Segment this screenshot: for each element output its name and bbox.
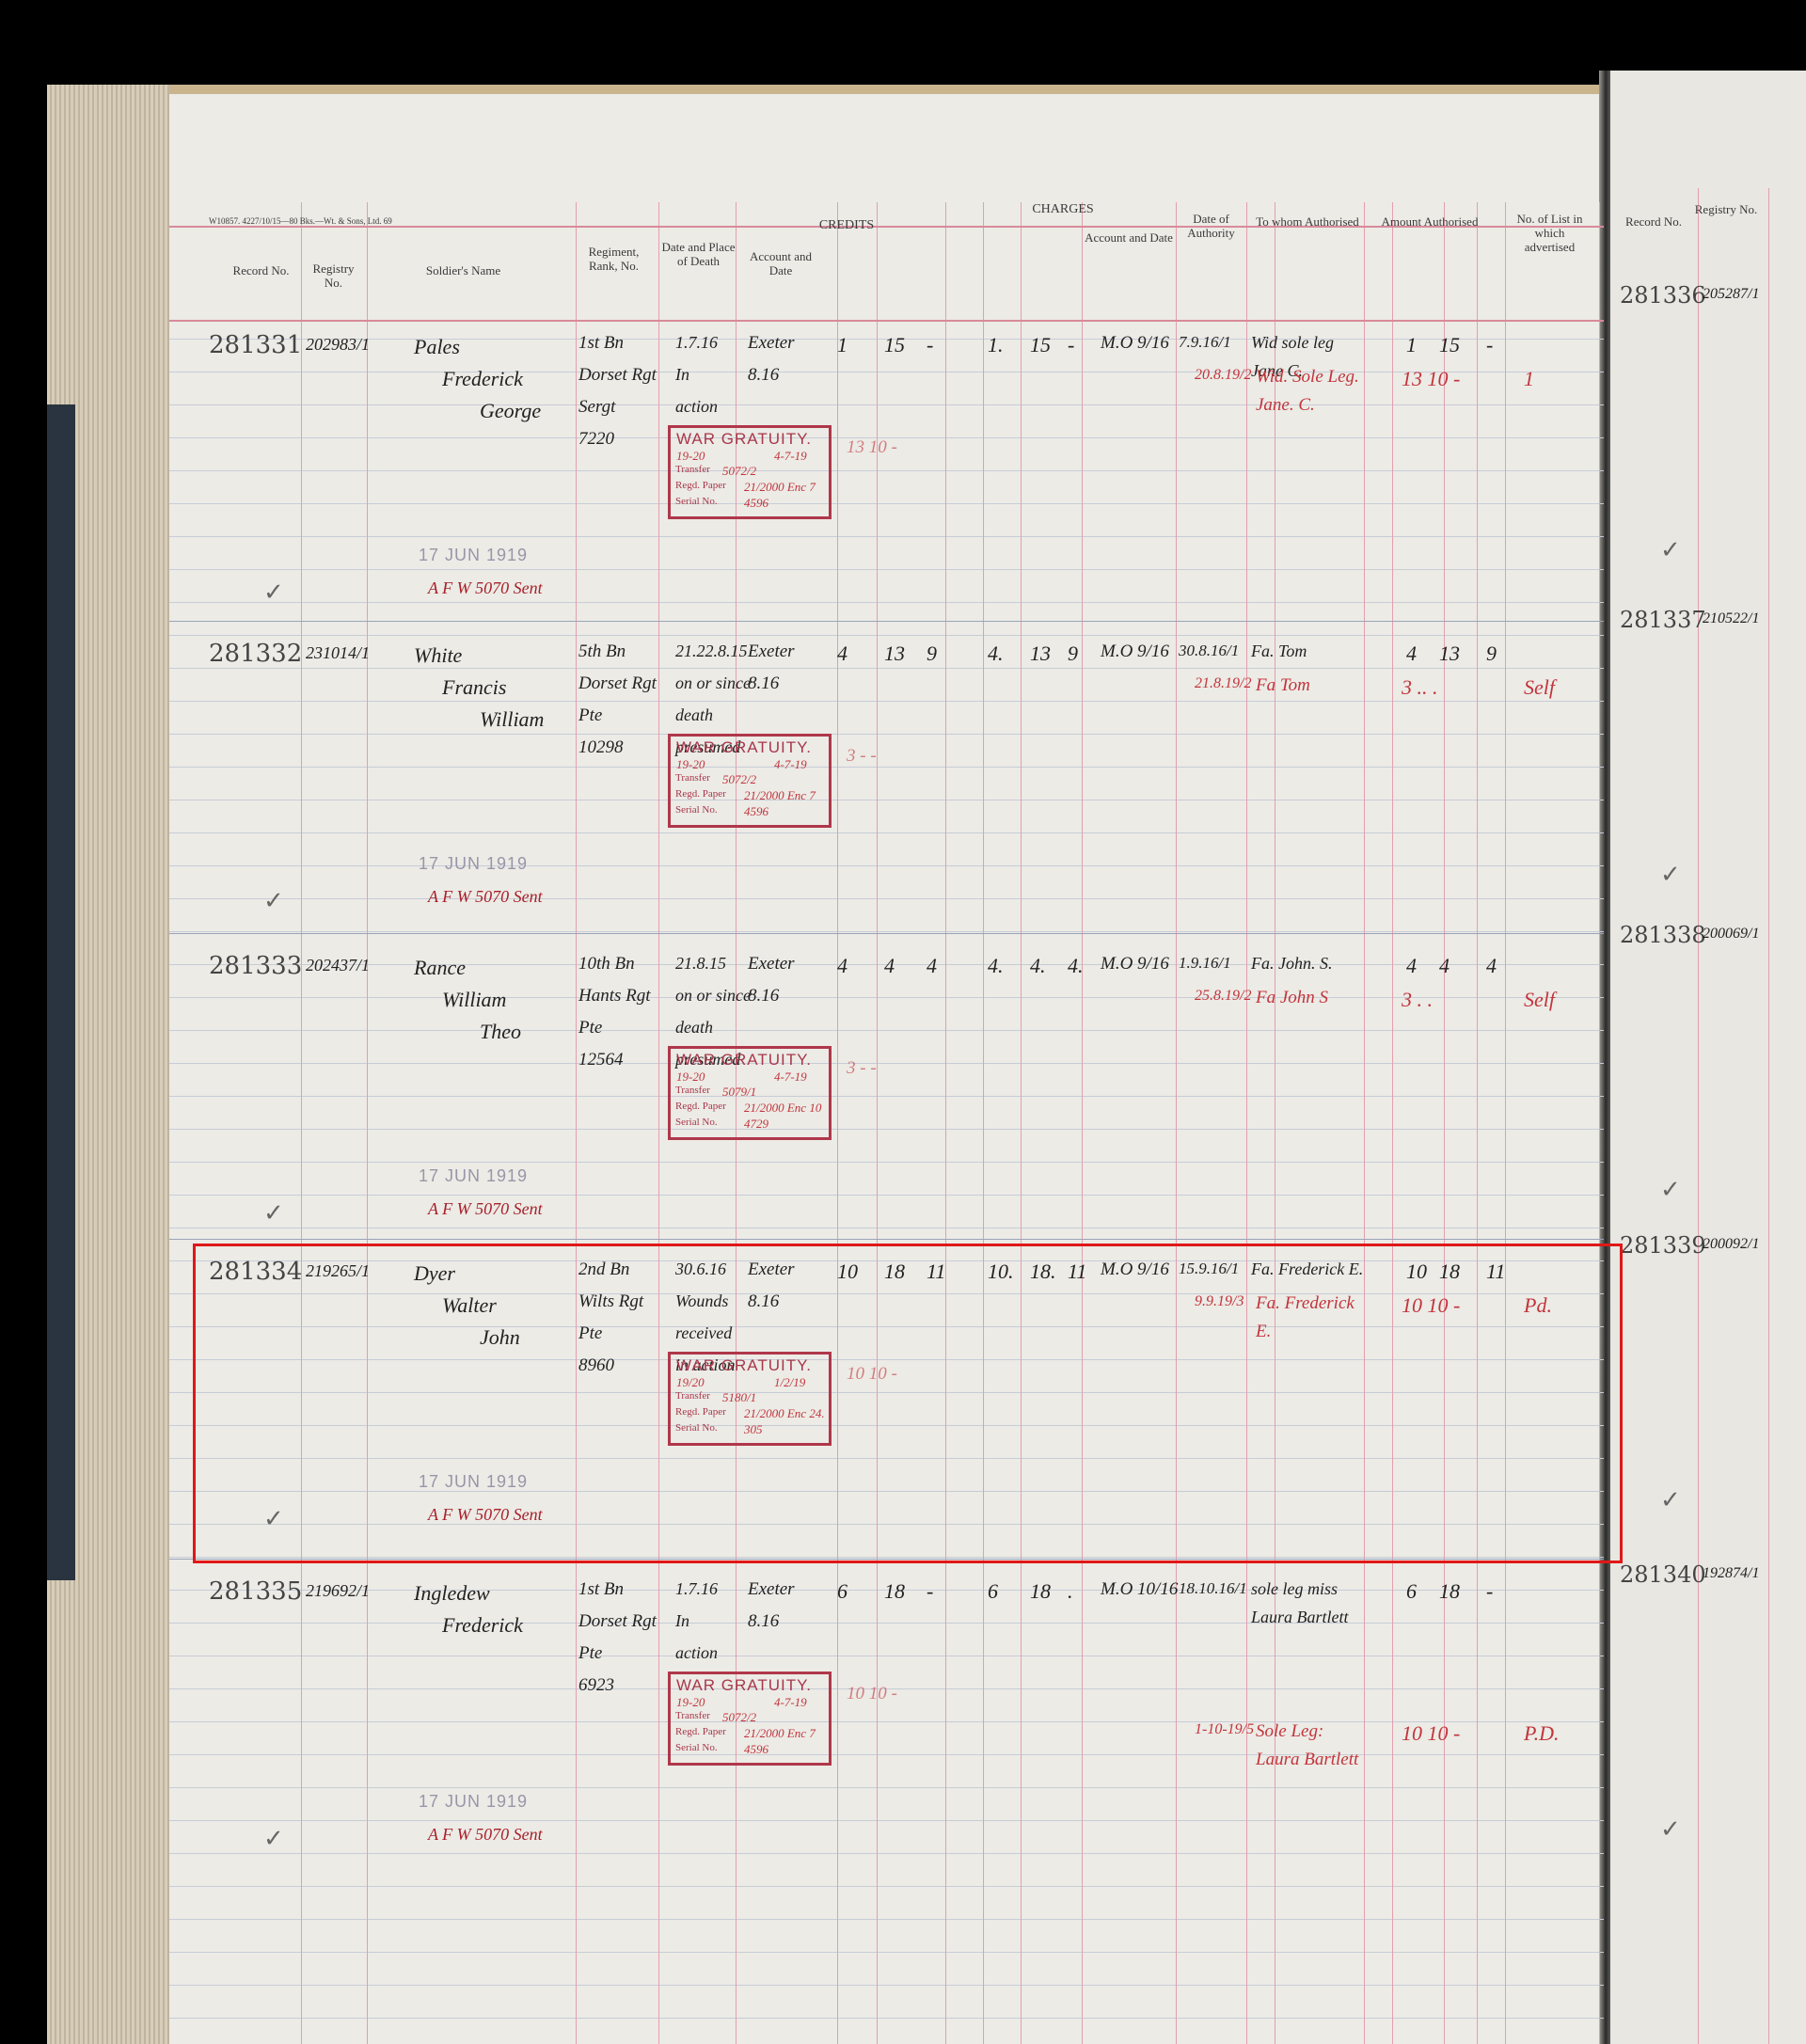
charge-pence: - (1068, 333, 1074, 357)
credit-account-line: 8.16 (748, 365, 779, 386)
ruled-line (169, 470, 1604, 471)
war-gratuity-stamp: WAR GRATUITY.TransferRegd. PaperSerial N… (668, 1672, 832, 1766)
ruled-line (169, 503, 1604, 504)
ruled-line (169, 1195, 1604, 1196)
column-rule (301, 202, 302, 2044)
facing-header-record-no: Record No. (1616, 214, 1691, 229)
credit-pounds: 6 (837, 1579, 848, 1604)
credit-account-line: Exeter (748, 1579, 795, 1600)
ruled-line (169, 1853, 1604, 1854)
ruled-line (169, 1228, 1604, 1228)
red-to-whom-line: Fa Tom (1256, 675, 1310, 696)
stamp-transfer: 5072/2 (722, 464, 756, 479)
war-gratuity-stamp: WAR GRATUITY.TransferRegd. PaperSerial N… (668, 1046, 832, 1140)
credit-account-line: Exeter (748, 333, 795, 354)
ruled-line (169, 997, 1604, 998)
ruled-line (169, 1919, 1604, 1920)
red-amount: 3 . . (1402, 988, 1433, 1012)
death-line: death (675, 705, 713, 725)
stamp-amount: 13 10 - (847, 437, 897, 458)
death-line: In (675, 365, 689, 385)
ruled-line (169, 1985, 1604, 1986)
stamp-regd-paper: 21/2000 Enc 7 (744, 788, 816, 803)
column-rule (1246, 202, 1247, 2044)
stamp-date: 4-7-19 (774, 1070, 807, 1085)
facing-header-registry-no: Registry No. (1693, 202, 1759, 216)
note-sent: A F W 5070 Sent (428, 887, 543, 907)
note-sent: A F W 5070 Sent (428, 1199, 543, 1219)
credit-account-line: 8.16 (748, 1611, 779, 1632)
charge-account: M.O 9/16 (1101, 642, 1169, 662)
ruled-line (169, 734, 1604, 735)
header-to-whom: To whom Authorised (1251, 214, 1364, 229)
stamp-regd-paper: 21/2000 Enc 10 (744, 1101, 821, 1116)
column-rule (658, 202, 659, 2044)
stamp-transfer: 5072/2 (722, 772, 756, 787)
credit-pence: - (927, 1579, 933, 1604)
regiment-line: 6923 (578, 1675, 614, 1696)
amount-pounds: 6 (1406, 1579, 1417, 1604)
to-whom-line: Fa. John. S. (1251, 954, 1332, 974)
regiment-line: 5th Bn (578, 642, 626, 662)
authority-date: 30.8.16/1 (1179, 642, 1239, 660)
red-list-entry: Self (1524, 988, 1555, 1012)
red-authority-date: 25.8.19/2 (1195, 988, 1251, 1005)
date-stamp: 17 JUN 1919 (419, 546, 528, 565)
ruled-line (169, 1129, 1604, 1130)
soldier-surname: Ingledew (414, 1581, 490, 1606)
amount-pence: - (1486, 333, 1493, 357)
authority-date: 7.9.16/1 (1179, 333, 1231, 352)
regiment-line: Pte (578, 1018, 602, 1038)
charge-shillings: 15 (1030, 333, 1051, 357)
facing-record-number: 281338 (1620, 922, 1706, 948)
date-stamp: 17 JUN 1919 (419, 1166, 528, 1186)
credit-pence: 9 (927, 642, 937, 666)
ruled-line (169, 1063, 1604, 1064)
charge-shillings: 18 (1030, 1579, 1051, 1604)
death-line: on or since (675, 673, 751, 693)
death-line: on or since (675, 986, 751, 1006)
death-line: action (675, 1643, 718, 1663)
ruled-line (169, 1623, 1604, 1624)
note-sent: A F W 5070 Sent (428, 1825, 543, 1845)
red-to-whom-line: Wid. Sole Leg. (1256, 367, 1359, 388)
credit-shillings: 4 (884, 954, 895, 978)
facing-registry-number: 210522/1 (1703, 610, 1759, 627)
record-number: 281332 (209, 640, 302, 668)
header-credits-account: Account and Date (743, 249, 818, 277)
regiment-line: Dorset Rgt (578, 1611, 657, 1632)
facing-check-mark: ✓ (1660, 1176, 1681, 1204)
column-rule (1392, 202, 1393, 2044)
facing-record-number: 281336 (1620, 282, 1706, 309)
ruled-line (169, 1820, 1604, 1821)
ruled-line (169, 1030, 1604, 1031)
to-whom-line: Laura Bartlett (1251, 1608, 1349, 1627)
column-rule (576, 202, 577, 2044)
ruled-line (169, 635, 1604, 636)
column-rule (1599, 202, 1600, 2044)
war-gratuity-stamp: WAR GRATUITY.TransferRegd. PaperSerial N… (668, 734, 832, 828)
red-authority-date: 21.8.19/2 (1195, 675, 1251, 692)
regiment-line: 10298 (578, 737, 624, 758)
credit-account-line: 8.16 (748, 673, 779, 694)
death-line: In (675, 1611, 689, 1631)
check-mark: ✓ (263, 1199, 284, 1228)
check-mark: ✓ (263, 887, 284, 915)
ruled-line (169, 1721, 1604, 1722)
header-charges-account: Account and Date (1082, 230, 1176, 245)
stamp-transfer: 5079/1 (722, 1085, 756, 1100)
charge-account: M.O 10/16 (1101, 1579, 1178, 1600)
record-divider (169, 621, 1604, 622)
registry-number: 202983/1 (306, 335, 370, 355)
ledger-page (169, 94, 1604, 2044)
stamp-transfer: 5072/2 (722, 1710, 756, 1725)
stamp-date: 4-7-19 (774, 449, 807, 464)
column-rule (1505, 202, 1506, 2044)
facing-registry-number: 200092/1 (1703, 1236, 1759, 1253)
death-line: 21.22.8.15 (675, 642, 748, 661)
regiment-line: Dorset Rgt (578, 673, 657, 694)
column-rule (1444, 202, 1445, 2044)
stamp-serial: 4729 (744, 1117, 768, 1132)
soldier-forename: Frederick (442, 1613, 523, 1638)
stamp-amount: 3 - - (847, 746, 877, 767)
to-whom-line: sole leg miss (1251, 1579, 1338, 1599)
amount-pence: - (1486, 1579, 1493, 1604)
war-gratuity-stamp: WAR GRATUITY.TransferRegd. PaperSerial N… (668, 425, 832, 519)
column-rule (1082, 202, 1083, 2044)
red-amount: 13 10 - (1402, 367, 1460, 391)
credit-pounds: 4 (837, 642, 848, 666)
record-number: 281335 (209, 1577, 302, 1606)
amount-pence: 4 (1486, 954, 1497, 978)
red-authority-date: 20.8.19/2 (1195, 367, 1251, 384)
credit-account-line: 8.16 (748, 986, 779, 1006)
credit-account-line: Exeter (748, 954, 795, 974)
facing-record-number: 281340 (1620, 1561, 1706, 1588)
record-number: 281331 (209, 331, 302, 359)
registry-number: 202437/1 (306, 956, 370, 975)
stamp-year: 19-20 (676, 1070, 705, 1085)
stamp-year: 19-20 (676, 1695, 705, 1710)
death-line: death (675, 1018, 713, 1038)
stamp-date: 4-7-19 (774, 757, 807, 772)
date-stamp: 17 JUN 1919 (419, 854, 528, 874)
soldier-forename-2: William (480, 707, 544, 732)
column-rule (1477, 202, 1478, 2044)
stamp-serial: 4596 (744, 1742, 768, 1757)
charge-pounds: 6 (988, 1579, 998, 1604)
red-list-entry: Self (1524, 675, 1555, 700)
regiment-line: 7220 (578, 429, 614, 450)
check-mark: ✓ (263, 1825, 284, 1853)
regiment-line: Hants Rgt (578, 986, 651, 1006)
stamp-date: 4-7-19 (774, 1695, 807, 1710)
facing-registry-number: 192874/1 (1703, 1565, 1759, 1582)
to-whom-line: Fa. Tom (1251, 642, 1307, 661)
amount-shillings: 4 (1439, 954, 1450, 978)
record-number: 281333 (209, 952, 302, 980)
stamp-amount: 10 10 - (847, 1684, 897, 1704)
highlighted-record-box (193, 1244, 1623, 1563)
death-line: 1.7.16 (675, 1579, 718, 1599)
credit-shillings: 13 (884, 642, 905, 666)
charge-pounds: 1. (988, 333, 1004, 357)
header-charges: CHARGES (969, 202, 1157, 216)
death-line: 1.7.16 (675, 333, 718, 353)
ruled-line (169, 1787, 1604, 1788)
header-registry-no: Registry No. (303, 261, 364, 290)
red-amount: 10 10 - (1402, 1721, 1460, 1746)
red-authority-date: 1-10-19/5 (1195, 1721, 1254, 1738)
authority-date: 1.9.16/1 (1179, 954, 1231, 973)
credit-account-line: Exeter (748, 642, 795, 662)
header-rule (169, 320, 1604, 322)
facing-registry-number: 200069/1 (1703, 926, 1759, 943)
facing-page (1610, 71, 1806, 2044)
ruled-line (169, 1096, 1604, 1097)
regiment-line: 10th Bn (578, 954, 635, 974)
ruled-line (169, 1952, 1604, 1953)
death-line: action (675, 397, 718, 417)
red-list-entry: P.D. (1524, 1721, 1560, 1746)
amount-shillings: 18 (1439, 1579, 1460, 1604)
header-date-authority: Date of Authority (1176, 212, 1246, 240)
stamp-year: 19-20 (676, 449, 705, 464)
ruled-line (169, 602, 1604, 603)
red-to-whom-line: Jane. C. (1256, 395, 1315, 416)
ruled-line (169, 668, 1604, 669)
ruled-line (169, 898, 1604, 899)
stamp-regd-paper: 21/2000 Enc 7 (744, 1726, 816, 1741)
amount-shillings: 15 (1439, 333, 1460, 357)
ruled-line (169, 2018, 1604, 2019)
ruled-line (169, 404, 1604, 405)
header-soldier-name: Soldier's Name (376, 263, 550, 277)
check-mark: ✓ (263, 578, 284, 607)
ruled-line (169, 1886, 1604, 1887)
facing-record-number: 281339 (1620, 1232, 1706, 1259)
date-stamp: 17 JUN 1919 (419, 1792, 528, 1812)
charge-pence: . (1068, 1579, 1073, 1604)
charge-shillings: 13 (1030, 642, 1051, 666)
note-sent: A F W 5070 Sent (428, 578, 543, 598)
soldier-forename-2: George (480, 399, 541, 423)
column-rule (1364, 202, 1365, 2044)
spine-cloth (47, 404, 75, 1580)
ruled-line (169, 536, 1604, 537)
column-rule (983, 202, 984, 2044)
regiment-line: 12564 (578, 1050, 624, 1070)
regiment-line: Pte (578, 705, 602, 726)
header-amount-authorised: Amount Authorised (1378, 214, 1481, 229)
amount-pounds: 4 (1406, 954, 1417, 978)
charge-pence: 4. (1068, 954, 1084, 978)
red-to-whom-line: Laura Bartlett (1256, 1750, 1358, 1770)
credit-pounds: 4 (837, 954, 848, 978)
ruled-line (169, 865, 1604, 866)
red-list-entry: 1 (1524, 367, 1534, 391)
stamp-year: 19-20 (676, 757, 705, 772)
soldier-forename: Frederick (442, 367, 523, 391)
ruled-line (169, 569, 1604, 570)
ruled-line (169, 1754, 1604, 1755)
registry-number: 231014/1 (306, 643, 370, 663)
regiment-line: Pte (578, 1643, 602, 1664)
amount-pounds: 4 (1406, 642, 1417, 666)
regiment-line: 1st Bn (578, 333, 624, 354)
ruled-line (169, 832, 1604, 833)
regiment-line: Dorset Rgt (578, 365, 657, 386)
soldier-surname: Pales (414, 335, 460, 359)
red-amount: 3 .. . (1402, 675, 1438, 700)
credit-pence: - (927, 333, 933, 357)
authority-date: 18.10.16/1 (1179, 1579, 1247, 1598)
header-credits: CREDITS (752, 218, 941, 232)
soldier-surname: Rance (414, 956, 466, 980)
header-record-no: Record No. (230, 263, 292, 277)
header-regiment: Regiment, Rank, No. (574, 245, 654, 273)
record-divider (169, 1239, 1604, 1240)
credit-shillings: 18 (884, 1579, 905, 1604)
amount-pence: 9 (1486, 642, 1497, 666)
charge-pounds: 4. (988, 642, 1004, 666)
column-rule (877, 202, 878, 2044)
facing-check-mark: ✓ (1660, 861, 1681, 889)
facing-column-rule (1698, 188, 1699, 2044)
ruled-line (169, 767, 1604, 768)
to-whom-line: Wid sole leg (1251, 333, 1334, 353)
ruled-line (169, 931, 1604, 932)
column-rule (367, 202, 368, 2044)
charge-pounds: 4. (988, 954, 1004, 978)
soldier-surname: White (414, 643, 462, 668)
registry-number: 219692/1 (306, 1581, 370, 1601)
record-divider (169, 933, 1604, 934)
facing-check-mark: ✓ (1660, 1815, 1681, 1844)
regiment-line: 1st Bn (578, 1579, 624, 1600)
stamp-serial: 4596 (744, 496, 768, 511)
credit-pence: 4 (927, 954, 937, 978)
ruled-line (169, 800, 1604, 800)
facing-column-rule (1768, 188, 1769, 2044)
column-rule (1021, 202, 1022, 2044)
column-rule (945, 202, 946, 2044)
header-no-of-list: No. of List in which advertised (1510, 212, 1590, 254)
header-date-place-death: Date and Place of Death (658, 240, 738, 268)
facing-check-mark: ✓ (1660, 1486, 1681, 1514)
soldier-forename-2: Theo (480, 1020, 521, 1044)
ruled-line (169, 701, 1604, 702)
stamp-amount: 3 - - (847, 1058, 877, 1079)
column-rule (1176, 202, 1177, 2044)
stamp-regd-paper: 21/2000 Enc 7 (744, 480, 816, 495)
facing-registry-number: 205287/1 (1703, 286, 1759, 303)
credit-shillings: 15 (884, 333, 905, 357)
soldier-forename: Francis (442, 675, 506, 700)
death-line: 21.8.15 (675, 954, 726, 974)
stamp-serial: 4596 (744, 804, 768, 819)
charge-account: M.O 9/16 (1101, 333, 1169, 354)
charge-shillings: 4. (1030, 954, 1046, 978)
credit-pounds: 1 (837, 333, 848, 357)
charge-pence: 9 (1068, 642, 1078, 666)
facing-check-mark: ✓ (1660, 536, 1681, 564)
column-rule (837, 202, 838, 2044)
regiment-line: Sergt (578, 397, 615, 418)
red-to-whom-line: Sole Leg: (1256, 1721, 1323, 1742)
facing-record-number: 281337 (1620, 607, 1706, 633)
ruled-line (169, 1162, 1604, 1163)
ruled-line (169, 1656, 1604, 1656)
red-to-whom-line: Fa John S (1256, 988, 1328, 1008)
amount-pounds: 1 (1406, 333, 1417, 357)
charge-account: M.O 9/16 (1101, 954, 1169, 974)
amount-shillings: 13 (1439, 642, 1460, 666)
printer-line: W10857. 4227/10/15—80 Bks.—Wt. & Sons, L… (209, 214, 392, 229)
soldier-forename: William (442, 988, 506, 1012)
ruled-line (169, 372, 1604, 372)
